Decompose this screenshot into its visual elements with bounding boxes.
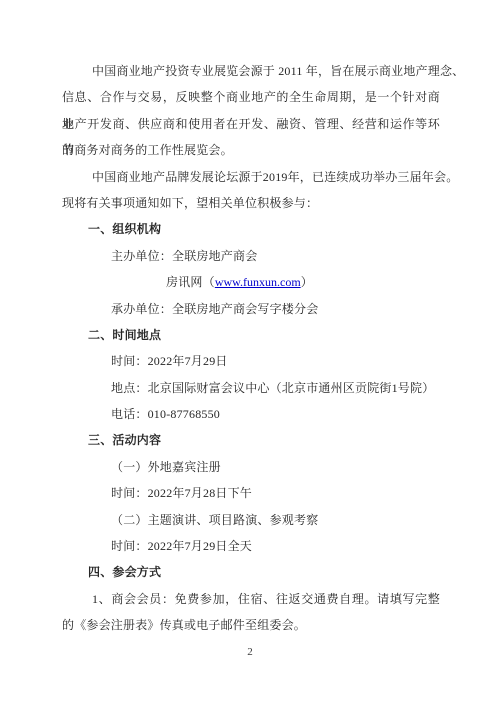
activity-1-time-line: 时间：2022年7月28日下午	[62, 480, 440, 506]
activity-2-time-line: 时间：2022年7月29日全天	[62, 533, 440, 559]
intro-para2-line2: 现将有关事项通知如下，望相关单位积极参与：	[62, 190, 440, 216]
heading-3-activities: 三、活动内容	[62, 427, 440, 453]
heading-2-time-location: 二、时间地点	[62, 322, 440, 348]
intro-para1-line4: 的商务对商务的工作性展览会。	[62, 137, 440, 163]
activity-1-line: （一）外地嘉宾注册	[62, 454, 440, 480]
event-phone-line: 电话：010-87768550	[62, 401, 440, 427]
page-number: 2	[0, 645, 500, 659]
document-body: 中国商业地产投资专业展览会源于 2011 年，旨在展示商业地产理念、 信息、合作…	[62, 58, 440, 639]
document-page: 中国商业地产投资专业展览会源于 2011 年，旨在展示商业地产理念、 信息、合作…	[0, 0, 500, 707]
event-time-line: 时间：2022年7月29日	[62, 348, 440, 374]
heading-4-participation: 四、参会方式	[62, 559, 440, 585]
intro-para1-line3: 地产开发商、供应商和使用者在开发、融资、管理、经营和运作等环节	[62, 111, 440, 137]
funxun-line-suffix: ）	[301, 275, 313, 289]
event-location-line: 地点：北京国际财富会议中心（北京市通州区贡院街1号院）	[62, 375, 440, 401]
heading-1-organization: 一、组织机构	[62, 216, 440, 242]
activity-2-line: （二）主题演讲、项目路演、参观考察	[62, 507, 440, 533]
organizer-line: 承办单位：全联房地产商会写字楼分会	[62, 296, 440, 322]
intro-para2-line1: 中国商业地产品牌发展论坛源于2019年，已连续成功举办三届年会。	[62, 164, 440, 190]
host-org-line: 主办单位：全联房地产商会	[62, 243, 440, 269]
participation-line1: 1、商会会员：免费参加，住宿、往返交通费自理。请填写完整	[62, 586, 440, 612]
intro-para1-line2: 信息、合作与交易，反映整个商业地产的全生命周期，是一个针对商业	[62, 84, 440, 110]
participation-line2: 的《参会注册表》传真或电子邮件至组委会。	[62, 612, 440, 638]
intro-para1-line1: 中国商业地产投资专业展览会源于 2011 年，旨在展示商业地产理念、	[62, 58, 440, 84]
funxun-site-line: 房讯网（www.funxun.com）	[62, 269, 440, 295]
funxun-line-prefix: 房讯网（	[166, 275, 215, 289]
funxun-link[interactable]: www.funxun.com	[215, 275, 301, 289]
